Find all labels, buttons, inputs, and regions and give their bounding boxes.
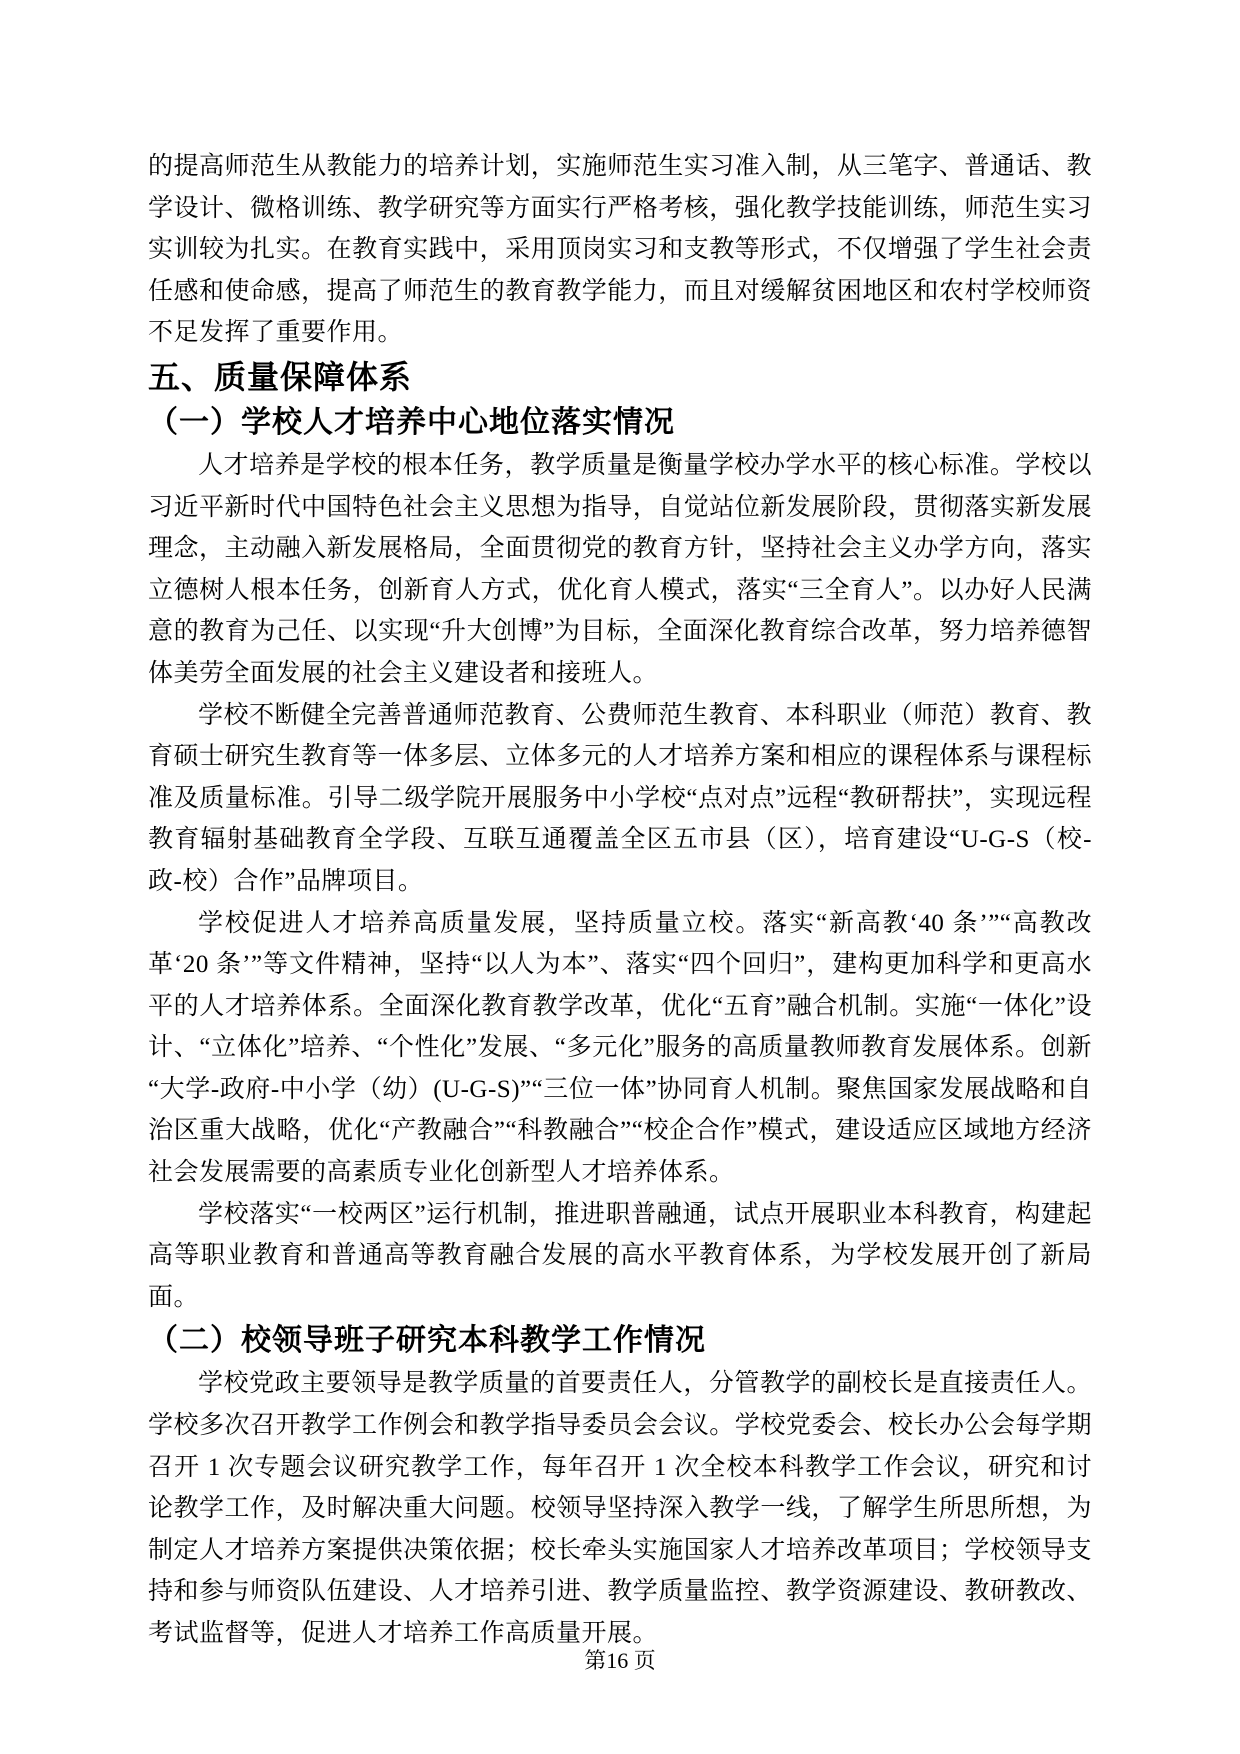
page-content: 的提高师范生从教能力的培养计划，实施师范生实习准入制，从三笔字、普通话、教学设计… [148, 146, 1092, 1655]
paragraph-high-quality-development: 学校促进人才培养高质量发展，坚持质量立校。落实“新高教‘40 条’”“高教改革‘… [148, 903, 1092, 1194]
page-number: 第16 页 [0, 1646, 1240, 1676]
paragraph-teacher-training-continuation: 的提高师范生从教能力的培养计划，实施师范生实习准入制，从三笔字、普通话、教学设计… [148, 146, 1092, 354]
subsection-heading-leadership-undergraduate-teaching: （二）校领导班子研究本科教学工作情况 [148, 1318, 1092, 1363]
paragraph-talent-cultivation-core-standard: 人才培养是学校的根本任务，教学质量是衡量学校办学水平的核心标准。学校以习近平新时… [148, 445, 1092, 695]
document-page: 的提高师范生从教能力的培养计划，实施师范生实习准入制，从三笔字、普通话、教学设计… [0, 0, 1240, 1754]
section-heading-quality-assurance-system: 五、质量保障体系 [148, 354, 1092, 400]
subsection-heading-talent-cultivation-central-position: （一）学校人才培养中心地位落实情况 [148, 400, 1092, 445]
paragraph-leadership-responsibility: 学校党政主要领导是教学质量的首要责任人，分管教学的副校长是直接责任人。学校多次召… [148, 1363, 1092, 1654]
paragraph-one-school-two-campuses: 学校落实“一校两区”运行机制，推进职普融通，试点开展职业本科教育，构建起高等职业… [148, 1194, 1092, 1319]
paragraph-teacher-education-system: 学校不断健全完善普通师范教育、公费师范生教育、本科职业（师范）教育、教育硕士研究… [148, 695, 1092, 903]
